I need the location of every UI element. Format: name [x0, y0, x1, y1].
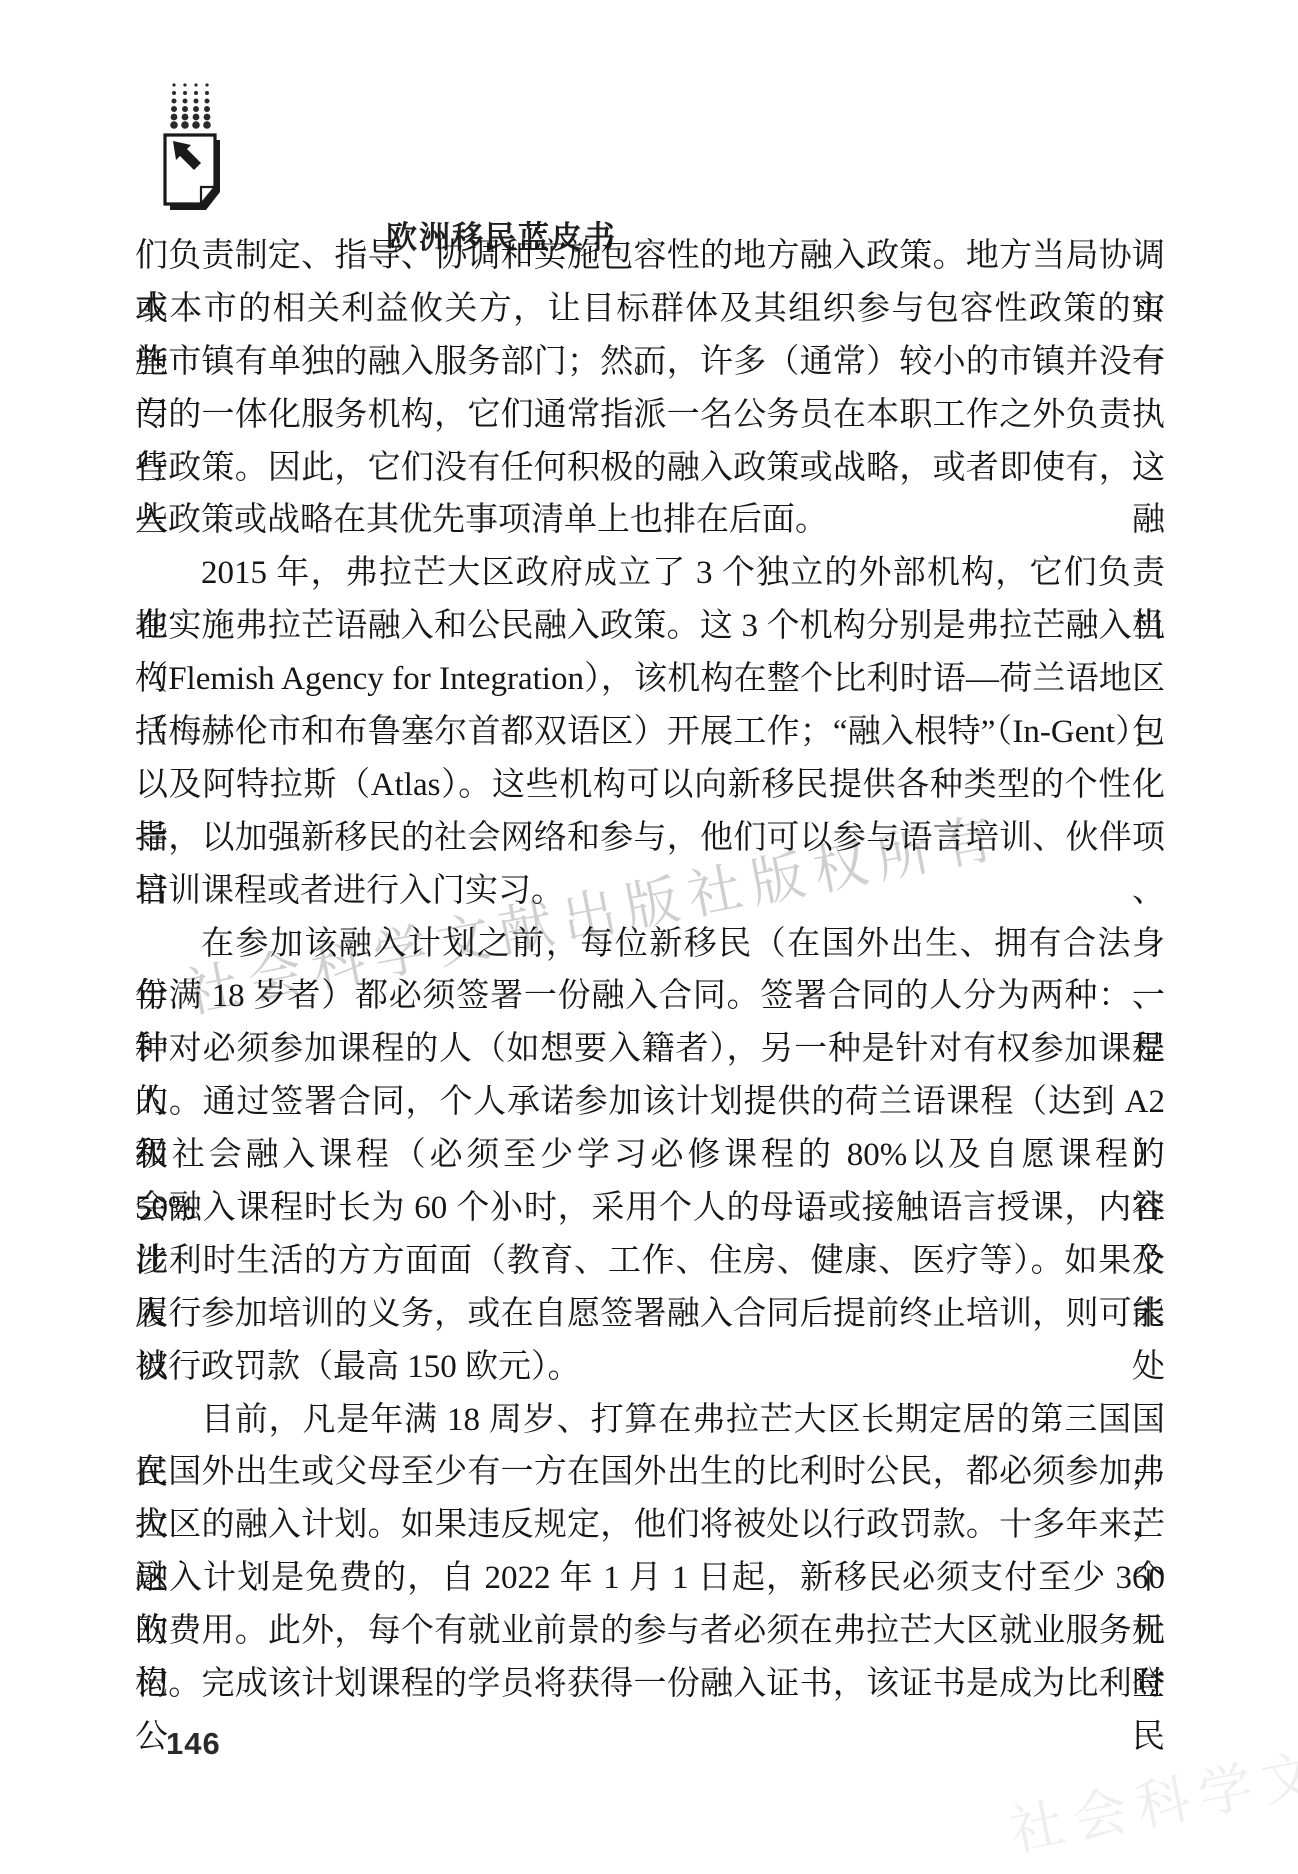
text-line: 些市镇有单独的融入服务部门；然而，许多（通常）较小的市镇并没有专 — [135, 336, 1165, 389]
text-line: 2015 年，弗拉芒大区政府成立了 3 个独立的外部机构，它们负责在当 — [135, 547, 1165, 600]
text-line: 括梅赫伦市和布鲁塞尔首都双语区）开展工作；“融入根特”（In-Gent）； — [135, 706, 1165, 759]
text-line: 比利时生活的方方面面（教育、工作、住房、健康、医疗等）。如果个人未 — [135, 1235, 1165, 1288]
text-line: 针对必须参加课程的人（如想要入籍者），另一种是针对有权参加课程的 — [135, 1023, 1165, 1076]
text-line: （Flemish Agency for Integration），该机构在整个比… — [135, 653, 1165, 706]
text-line: 在国外出生或父母至少有一方在国外出生的比利时公民，都必须参加弗拉芒 — [135, 1446, 1165, 1499]
blue-book-logo-icon — [150, 80, 228, 214]
text-line: 会融入课程时长为 60 个小时，采用个人的母语或接触语言授课，内容涉及 — [135, 1182, 1165, 1235]
text-line: 大区的融入计划。如果违反规定，他们将被处以行政罚款。十多年来，这个 — [135, 1499, 1165, 1552]
text-line: 些政策。因此，它们没有任何积极的融入政策或战略，或者即使有，这些融 — [135, 442, 1165, 495]
text-line: 融入计划是免费的，自 2022 年 1 月 1 日起，新移民必须支付至少 360… — [135, 1552, 1165, 1605]
text-line: 目前，凡是年满 18 周岁、打算在弗拉芒大区长期定居的第三国国民， — [135, 1394, 1165, 1447]
text-line: 和社会融入课程（必须至少学习必修课程的 80%以及自愿课程的 50%）。社 — [135, 1129, 1165, 1182]
text-line: 门的一体化服务机构，它们通常指派一名公务员在本职工作之外负责执行这 — [135, 389, 1165, 442]
text-line: 地实施弗拉芒语融入和公民融入政策。这 3 个机构分别是弗拉芒融入机构 — [135, 600, 1165, 653]
text-line: 记。完成该计划课程的学员将获得一份融入证书，该证书是成为比利时公民 — [135, 1658, 1165, 1711]
text-line: 履行参加培训的义务，或在自愿签署融入合同后提前终止培训，则可能被处 — [135, 1288, 1165, 1341]
text-line: 导，以加强新移民的社会网络和参与，他们可以参与语言培训、伙伴项目、 — [135, 812, 1165, 865]
text-line: 人。通过签署合同，个人承诺参加该计划提供的荷兰语课程（达到 A2 级） — [135, 1076, 1165, 1129]
text-line: 以及阿特拉斯（Atlas）。这些机构可以向新移民提供各种类型的个性化指 — [135, 759, 1165, 812]
text-line: 的费用。此外，每个有就业前景的参与者必须在弗拉芒大区就业服务机构登 — [135, 1605, 1165, 1658]
text-line: 年满 18 岁者）都必须签署一份融入合同。签署合同的人分为两种：一种是 — [135, 970, 1165, 1023]
body-text: 们负责制定、指导、协调和实施包容性的地方融入政策。地方当局协调本市或本市的相关利… — [135, 230, 1165, 1711]
text-line: 在参加该融入计划之前，每位新移民（在国外出生、拥有合法身份、 — [135, 918, 1165, 971]
text-line: 们负责制定、指导、协调和实施包容性的地方融入政策。地方当局协调本市 — [135, 230, 1165, 283]
text-line: 或本市的相关利益攸关方，让目标群体及其组织参与包容性政策的实施。一 — [135, 283, 1165, 336]
book-page: 社会科学文献出版社版权所有 社会科学文献出版社版权所有 欧洲移民蓝皮书 们负责制… — [0, 0, 1298, 1874]
